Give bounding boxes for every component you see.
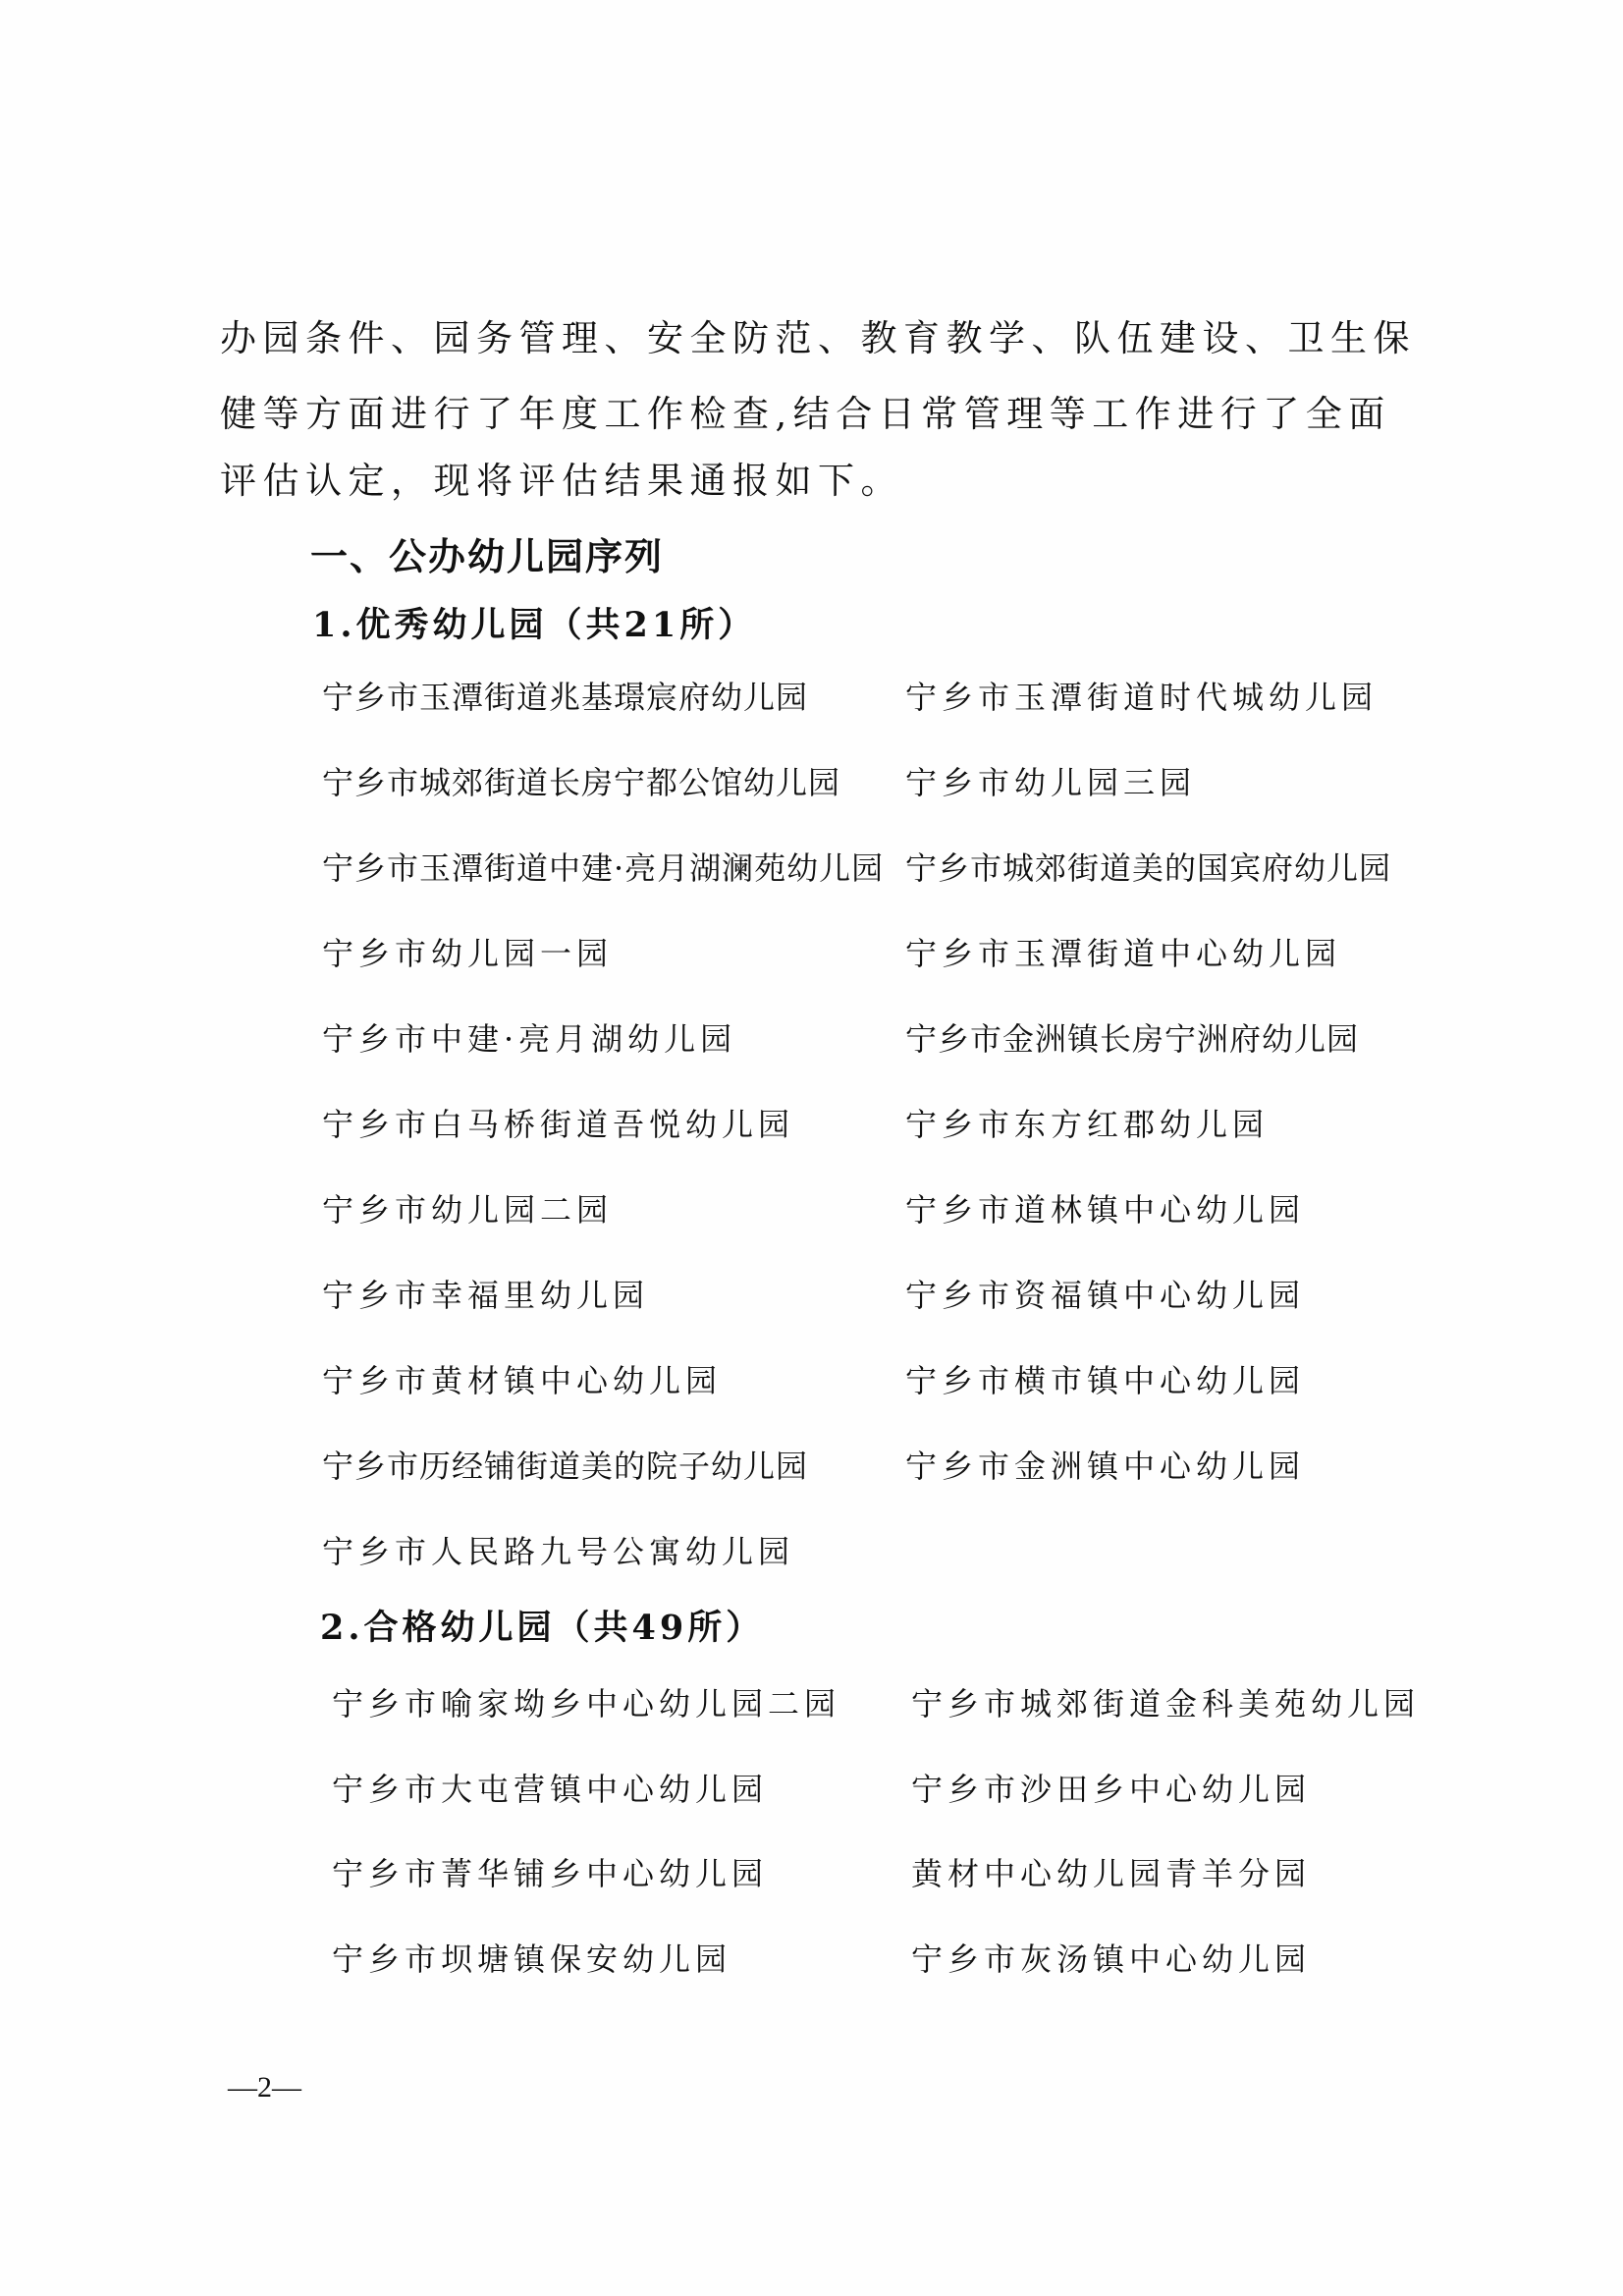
- list-item: 宁乡市幼儿园三园: [905, 763, 1196, 802]
- list-item: 宁乡市东方红郡幼儿园: [905, 1105, 1269, 1144]
- list-item: 宁乡市道林镇中心幼儿园: [905, 1190, 1305, 1230]
- paragraph-line-1: 办园条件、园务管理、安全防范、教育教学、队伍建设、卫生保: [220, 317, 1423, 360]
- list-item: 宁乡市金洲镇长房宁洲府幼儿园: [905, 1019, 1359, 1059]
- list-item: 宁乡市城郊街道美的国宾府幼儿园: [905, 848, 1391, 888]
- list-item: 宁乡市城郊街道长房宁都公馆幼儿园: [322, 763, 840, 802]
- list-item: 黄材中心幼儿园青羊分园: [911, 1854, 1311, 1893]
- list-item: 宁乡市幼儿园二园: [322, 1190, 613, 1230]
- list-item: 宁乡市城郊街道金科美苑幼儿园: [911, 1684, 1420, 1723]
- list-item: 宁乡市坝塘镇保安幼儿园: [332, 1940, 731, 1979]
- list-item: 宁乡市中建·亮月湖幼儿园: [322, 1019, 736, 1059]
- list-item: 宁乡市灰汤镇中心幼儿园: [911, 1940, 1311, 1979]
- list-item: 宁乡市黄材镇中心幼儿园: [322, 1361, 722, 1400]
- section-heading: 一、公办幼儿园序列: [310, 534, 664, 579]
- paragraph-line-3: 评估认定，现将评估结果通报如下。: [220, 460, 1423, 503]
- list-item: 宁乡市菁华铺乡中心幼儿园: [332, 1854, 768, 1893]
- list-item: 宁乡市沙田乡中心幼儿园: [911, 1770, 1311, 1809]
- list-item: 宁乡市人民路九号公寓幼儿园: [322, 1532, 794, 1571]
- list-item: 宁乡市白马桥街道吾悦幼儿园: [322, 1105, 794, 1144]
- list-item: 宁乡市横市镇中心幼儿园: [905, 1361, 1305, 1400]
- list-item: 宁乡市资福镇中心幼儿园: [905, 1276, 1305, 1315]
- list-item: 宁乡市幸福里幼儿园: [322, 1276, 649, 1315]
- excellent-heading: 1.优秀幼儿园（共21所）: [312, 604, 756, 647]
- list-item: 宁乡市喻家坳乡中心幼儿园二园: [332, 1684, 840, 1723]
- list-item: 宁乡市玉潭街道中心幼儿园: [905, 934, 1341, 973]
- list-item: 宁乡市金洲镇中心幼儿园: [905, 1447, 1305, 1486]
- list-item: 宁乡市大屯营镇中心幼儿园: [332, 1770, 768, 1809]
- page-number: —2—: [228, 2070, 301, 2105]
- list-item: 宁乡市玉潭街道时代城幼儿园: [905, 678, 1378, 717]
- list-item: 宁乡市幼儿园一园: [322, 934, 613, 973]
- document-page: 办园条件、园务管理、安全防范、教育教学、队伍建设、卫生保 健等方面进行了年度工作…: [0, 0, 1623, 2296]
- list-item: 宁乡市玉潭街道兆基璟宸府幼儿园: [322, 678, 808, 717]
- list-item: 宁乡市历经铺街道美的院子幼儿园: [322, 1447, 808, 1486]
- paragraph-line-2: 健等方面进行了年度工作检查,结合日常管理等工作进行了全面: [220, 393, 1423, 436]
- qualified-heading: 2.合格幼儿园（共49所）: [320, 1607, 764, 1650]
- list-item: 宁乡市玉潭街道中建·亮月湖澜苑幼儿园: [322, 848, 884, 888]
